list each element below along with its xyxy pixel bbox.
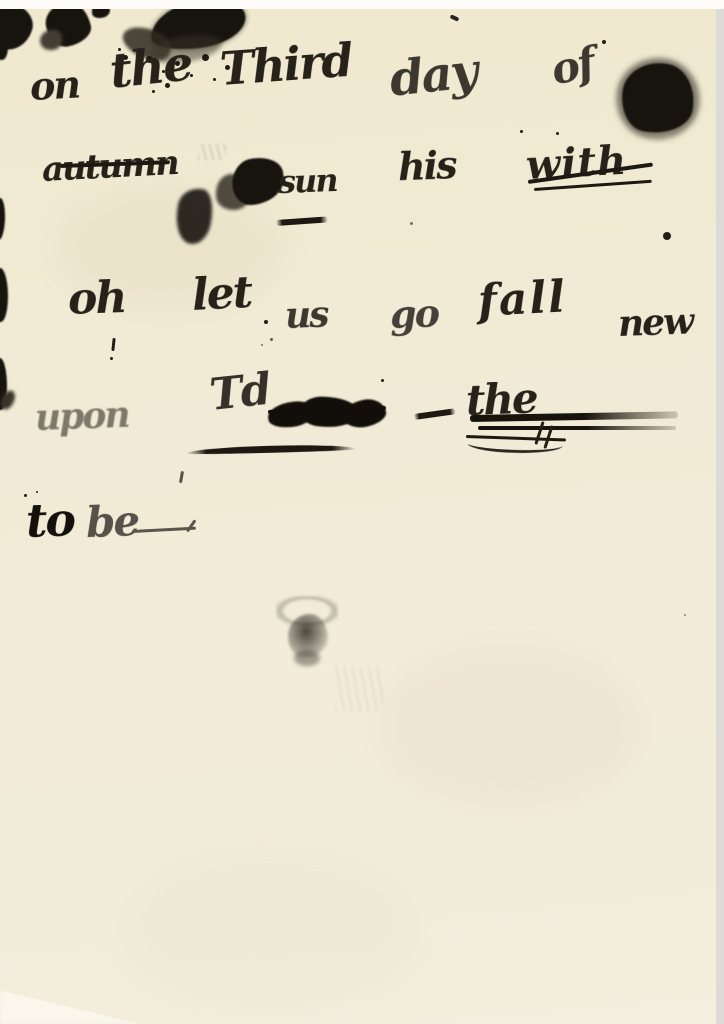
fingerprint-smudge (276, 596, 338, 626)
word-let: let (191, 271, 252, 318)
ink-tick (179, 471, 184, 483)
fingerprint-smudge (294, 650, 320, 666)
folded-corner (0, 976, 140, 1024)
word-us: us (284, 297, 328, 334)
word-td: Td (208, 368, 272, 418)
fingerprint-smudge (288, 614, 328, 658)
word-of: of (548, 42, 598, 92)
word-third: Third (218, 37, 352, 92)
paper-stain (120, 848, 420, 1008)
word-to: to (25, 496, 75, 544)
ink-dot (684, 614, 686, 616)
word-be: be (85, 500, 139, 544)
word-the: the (107, 40, 193, 96)
ink-dot (602, 40, 606, 44)
period-dot (663, 232, 671, 240)
word-day: day (387, 47, 478, 104)
ink-dot (556, 132, 559, 135)
ink-tick (111, 338, 115, 351)
word-sun: sun (277, 164, 337, 198)
word-new: new (617, 303, 692, 342)
dash-stroke (414, 408, 456, 420)
underline-stroke (186, 444, 356, 455)
ink-blot-margin (0, 268, 9, 322)
faint-smudge (335, 666, 383, 712)
word-go: go (389, 294, 438, 334)
ink-dot (24, 494, 27, 497)
scanner-edge-right (716, 0, 724, 1024)
ink-blot (92, 8, 110, 18)
ink-dot (110, 357, 113, 360)
strikethrough-stroke (478, 426, 676, 430)
faint-smudge (198, 144, 226, 160)
ink-tick (450, 14, 460, 21)
word-his: his (397, 146, 456, 186)
ink-blot (171, 185, 218, 247)
scanned-page: { "doc": { "kind": "handwritten-manuscri… (0, 0, 724, 1024)
ink-blot-margin (0, 198, 6, 240)
ink-blot (40, 30, 62, 50)
word-oh: oh (67, 276, 126, 322)
word-fall: fall (477, 275, 568, 324)
ink-dot (381, 379, 384, 382)
word-upon: upon (34, 397, 129, 436)
ink-dot (520, 130, 523, 133)
scanner-edge-top (0, 0, 724, 9)
paper-stain (380, 648, 640, 808)
paper-sheet: on the Third day of autumn sun his with … (0, 8, 717, 1024)
dash-stroke (276, 216, 328, 226)
ink-dot (270, 338, 273, 341)
ink-dot (264, 320, 268, 324)
ink-dot (261, 344, 263, 346)
ink-dot (36, 491, 38, 493)
ink-dot (410, 222, 413, 225)
word-on: on (29, 65, 80, 106)
